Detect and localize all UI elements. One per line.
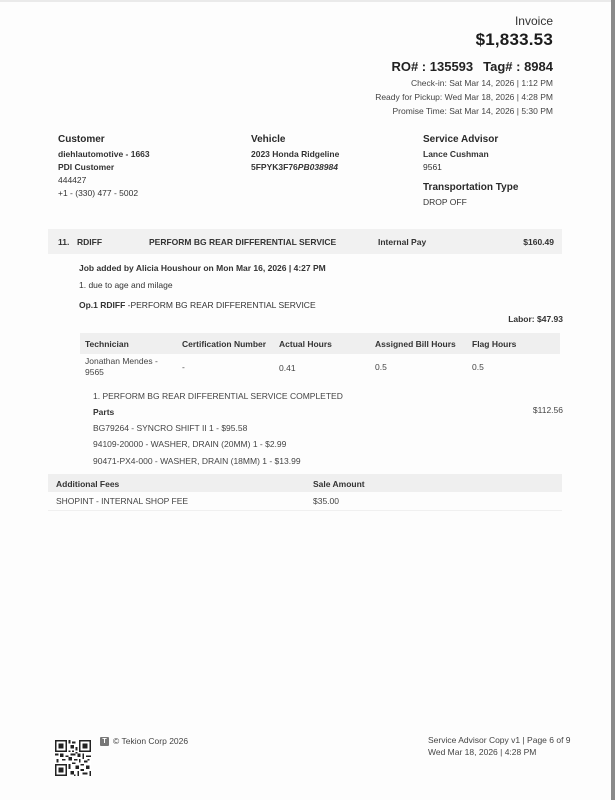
customer-section: Customer diehlautomotive - 1663 PDI Cust… bbox=[58, 134, 150, 201]
copyright: T © Tekion Corp 2026 bbox=[100, 736, 188, 746]
vehicle-model: 2023 Honda Ridgeline bbox=[251, 149, 339, 159]
vehicle-heading: Vehicle bbox=[251, 134, 339, 145]
tag-number: Tag# : 8984 bbox=[483, 59, 553, 74]
promise-time: Promise Time: Sat Mar 14, 2026 | 5:30 PM bbox=[375, 106, 553, 116]
job-header-row: 11. RDIFF PERFORM BG REAR DIFFERENTIAL S… bbox=[48, 229, 562, 254]
ro-number: RO# : 135593 bbox=[391, 59, 473, 74]
table-row: Jonathan Mendes - 9565 - 0.41 0.5 0.5 bbox=[80, 356, 560, 380]
col-actual-hours: Actual Hours bbox=[279, 339, 332, 349]
actual-hours: 0.41 bbox=[279, 363, 296, 373]
invoice-total: $1,833.53 bbox=[375, 30, 553, 50]
part-item: BG79264 - SYNCRO SHIFT II 1 - $95.58 bbox=[93, 423, 247, 433]
parts-heading: Parts bbox=[93, 407, 114, 417]
vin-suffix: PB038984 bbox=[298, 162, 338, 172]
part-item: 90471-PX4-000 - WASHER, DRAIN (18MM) 1 -… bbox=[93, 456, 301, 466]
certification-number: - bbox=[182, 362, 185, 372]
scan-top-edge bbox=[0, 0, 611, 2]
scan-right-edge bbox=[611, 0, 615, 800]
col-additional-fees: Additional Fees bbox=[56, 479, 119, 489]
customer-name: PDI Customer bbox=[58, 162, 150, 172]
op-line: Op.1 RDIFF -PERFORM BG REAR DIFFERENTIAL… bbox=[79, 300, 316, 310]
customer-account: diehlautomotive - 1663 bbox=[58, 149, 150, 159]
qr-code-icon bbox=[55, 740, 91, 776]
service-advisor-heading: Service Advisor bbox=[423, 134, 518, 145]
document-type: Invoice bbox=[375, 14, 553, 28]
additional-fees-header: Additional Fees Sale Amount bbox=[48, 474, 562, 492]
customer-id: 444427 bbox=[58, 175, 150, 185]
service-advisor-id: 9561 bbox=[423, 162, 518, 172]
technician-id: 9565 bbox=[85, 367, 104, 377]
col-sale-amount: Sale Amount bbox=[313, 479, 365, 489]
fee-name: SHOPINT - INTERNAL SHOP FEE bbox=[56, 496, 188, 506]
invoice-header: Invoice $1,833.53 RO# : 135593Tag# : 898… bbox=[375, 14, 553, 116]
vin-prefix: 5FPYK3F76 bbox=[251, 162, 298, 172]
col-flag-hours: Flag Hours bbox=[472, 339, 516, 349]
labor-total: Labor: $47.93 bbox=[508, 314, 563, 324]
customer-phone: +1 - (330) 477 - 5002 bbox=[58, 188, 150, 198]
job-concern: 1. due to age and milage bbox=[79, 280, 173, 290]
fee-amount: $35.00 bbox=[313, 496, 339, 506]
part-item: 94109-20000 - WASHER, DRAIN (20MM) 1 - $… bbox=[93, 439, 286, 449]
ro-tag-line: RO# : 135593Tag# : 8984 bbox=[375, 59, 553, 74]
assigned-bill-hours: 0.5 bbox=[375, 362, 387, 372]
op-code: Op.1 RDIFF bbox=[79, 300, 125, 310]
flag-hours: 0.5 bbox=[472, 362, 484, 372]
printed-timestamp: Wed Mar 18, 2026 | 4:28 PM bbox=[428, 746, 571, 758]
transportation-heading: Transportation Type bbox=[423, 182, 518, 193]
ready-for-pickup-time: Ready for Pickup: Wed Mar 18, 2026 | 4:2… bbox=[375, 92, 553, 102]
job-code: RDIFF bbox=[77, 237, 102, 247]
parts-total: $112.56 bbox=[533, 405, 563, 415]
job-added-by: Job added by Alicia Houshour on Mon Mar … bbox=[79, 263, 326, 273]
service-advisor-name: Lance Cushman bbox=[423, 149, 518, 159]
job-pay-type: Internal Pay bbox=[378, 237, 426, 247]
technician-table-header: Technician Certification Number Actual H… bbox=[80, 333, 560, 354]
col-certification: Certification Number bbox=[182, 339, 266, 349]
technician-name: Jonathan Mendes - bbox=[85, 356, 158, 366]
transportation-value: DROP OFF bbox=[423, 197, 518, 207]
completion-note: 1. PERFORM BG REAR DIFFERENTIAL SERVICE … bbox=[93, 391, 343, 401]
col-technician: Technician bbox=[85, 339, 129, 349]
service-advisor-section: Service Advisor Lance Cushman 9561 Trans… bbox=[423, 134, 518, 210]
tekion-logo-icon: T bbox=[100, 737, 109, 746]
vehicle-section: Vehicle 2023 Honda Ridgeline 5FPYK3F76PB… bbox=[251, 134, 339, 175]
job-amount: $160.49 bbox=[523, 237, 554, 247]
copyright-text: © Tekion Corp 2026 bbox=[113, 736, 188, 746]
col-assigned-bill-hours: Assigned Bill Hours bbox=[375, 339, 456, 349]
check-in-time: Check-in: Sat Mar 14, 2026 | 1:12 PM bbox=[375, 78, 553, 88]
job-number: 11. bbox=[58, 237, 69, 247]
table-row: SHOPINT - INTERNAL SHOP FEE $35.00 bbox=[48, 494, 562, 511]
job-description: PERFORM BG REAR DIFFERENTIAL SERVICE bbox=[149, 237, 336, 247]
vehicle-vin: 5FPYK3F76PB038984 bbox=[251, 162, 339, 172]
op-description: -PERFORM BG REAR DIFFERENTIAL SERVICE bbox=[125, 300, 315, 310]
customer-heading: Customer bbox=[58, 134, 150, 145]
footer-page-info: Service Advisor Copy v1 | Page 6 of 9 We… bbox=[428, 734, 571, 758]
copy-page-info: Service Advisor Copy v1 | Page 6 of 9 bbox=[428, 734, 571, 746]
